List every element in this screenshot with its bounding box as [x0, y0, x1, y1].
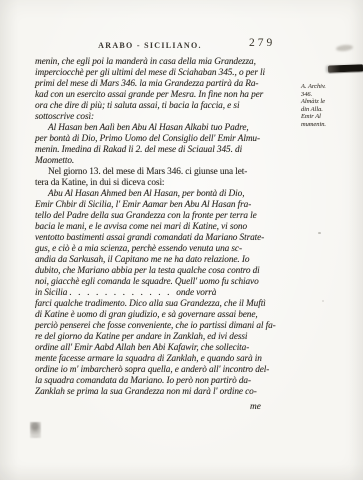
text-line: per bontà di Dio, Primo Uomo del Consigl…	[35, 134, 307, 145]
signature-mark-smudge	[30, 422, 41, 438]
text-line: Al Hasan ben Aalì ben Abu Al Hasan Alkab…	[35, 123, 307, 134]
text-line: mente facesse armare la squadra di Zankl…	[35, 354, 307, 365]
catchword: me	[250, 402, 261, 412]
text-line: Emir Al	[301, 113, 361, 121]
running-header: ARABO - SICILIANO.	[35, 41, 265, 50]
text-line: imperciocchè per gli ultimi del mese di …	[35, 68, 307, 79]
text-line: Nel giorno 13. del mese di Mars 346. ci …	[35, 167, 307, 178]
text-line: re del giorno da Katine per andare in Za…	[35, 332, 307, 343]
text-line: di Katine è uomo di gran giudizio, e sà …	[35, 310, 307, 321]
text-line: primi del mese di Mars 346. la mia Grand…	[35, 79, 307, 90]
text-line: din Alla.	[301, 106, 361, 114]
quoted-letter-text: Abu Al Hasan Ahmed ben Al Hasan, per bon…	[35, 189, 307, 398]
text-line: Emir Chbir di Sicilia, l' Emir Aamar ben…	[35, 200, 307, 211]
text-line: perciò penserei che fosse conveniente, c…	[35, 321, 307, 332]
text-line: sottoscrive così:	[35, 112, 307, 123]
text-line: andia da Sarkusah, il Capitano me ne ha …	[35, 255, 307, 266]
narrative-paragraph: Nel giorno 13. del mese di Mars 346. ci …	[35, 167, 307, 189]
text-line: 346.	[301, 91, 361, 99]
text-line: Maometto.	[35, 156, 307, 167]
text-line: la squadra comandata da Mariano. Io però…	[35, 376, 307, 387]
text-line: Almàiz le	[301, 98, 361, 106]
margin-note: A. Archiv.346.Almàiz ledin Alla.Emir Alm…	[301, 83, 361, 129]
text-line: tera da Katine, in dui si diceva così:	[35, 178, 307, 189]
text-line: Zanklah se prima la sua Grandezza non mi…	[35, 387, 307, 398]
paragraph-letter-continuation: menin, che egli poi la manderà in casa d…	[35, 57, 307, 123]
text-line: dubito, che Mariano abbia per la testa q…	[35, 266, 307, 277]
book-page: ARABO - SICILIANO. 279 A. Archiv.346.Alm…	[0, 0, 363, 480]
text-line: gus, e ciò è a mia scienza, perchè essen…	[35, 244, 307, 255]
text-line: ora che dire di più; ti saluta assai, ti…	[35, 101, 307, 112]
text-line: ordine io m' imbarcherò sopra quella, e …	[35, 365, 307, 376]
page-body: menin, che egli poi la manderà in casa d…	[35, 57, 307, 398]
header-title: ARABO - SICILIANO.	[98, 41, 202, 50]
text-line: Abu Al Hasan Ahmed ben Al Hasan, per bon…	[35, 189, 307, 200]
page-number: 279	[249, 37, 275, 49]
text-line: tello del Padre della sua Grandezza con …	[35, 211, 307, 222]
text-line: menin. Imedina di Rakad li 2. del mese d…	[35, 145, 307, 156]
text-line: kad con un esercito assai grande per Mes…	[35, 90, 307, 101]
text-line: in Sicilia . . . . . . . . . . . . onde …	[35, 288, 307, 299]
paper-speck	[322, 300, 324, 302]
paper-speck	[318, 232, 321, 234]
ink-blot-mark	[328, 64, 363, 72]
text-line: mumenin.	[301, 121, 361, 129]
text-line: A. Archiv.	[301, 83, 361, 91]
text-line: ordine all' Emir Aabd Allah ben Abi Kafa…	[35, 343, 307, 354]
text-line: menin, che egli poi la manderà in casa d…	[35, 57, 307, 68]
text-line: bacia le mani, e le avvisa come nei mari…	[35, 222, 307, 233]
faint-smudge-mark	[336, 44, 354, 52]
text-line: farci qualche tradimento. Dico alla sua …	[35, 299, 307, 310]
letter-signature: Al Hasan ben Aalì ben Abu Al Hasan Alkab…	[35, 123, 307, 167]
text-line: noi, giacchè egli comanda le squadre. Qu…	[35, 277, 307, 288]
text-line: ventotto bastimenti assai grandi comanda…	[35, 233, 307, 244]
